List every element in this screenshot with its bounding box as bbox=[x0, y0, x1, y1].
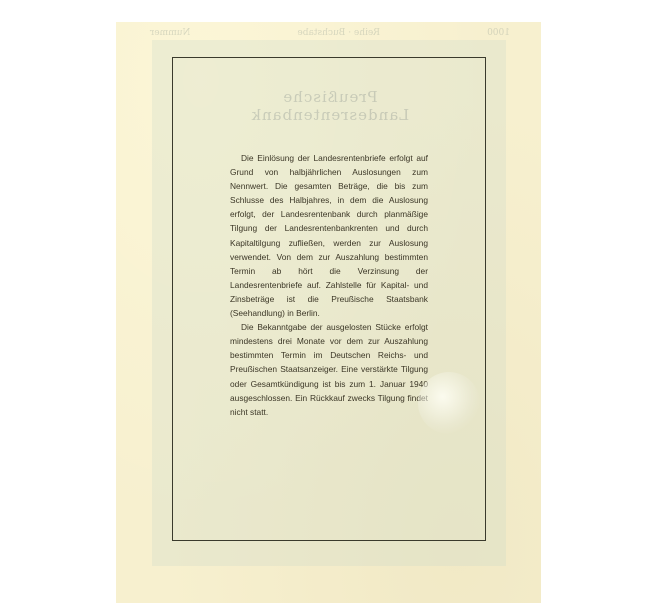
bleed-through-header: 1000 Reihe · Buchstabe Nummer bbox=[150, 28, 510, 42]
paragraph-redemption: Die Einlösung der Landesrentenbriefe erf… bbox=[230, 151, 428, 320]
embossed-seal bbox=[418, 372, 480, 434]
bleed-header-left: 1000 bbox=[487, 28, 510, 42]
bleed-header-center: Reihe · Buchstabe bbox=[297, 28, 380, 42]
paragraph-announcement: Die Bekanntgabe der ausgelosten Stücke e… bbox=[230, 320, 428, 419]
terms-text: Die Einlösung der Landesrentenbriefe erf… bbox=[230, 151, 428, 419]
bleed-header-right: Nummer bbox=[150, 28, 190, 42]
